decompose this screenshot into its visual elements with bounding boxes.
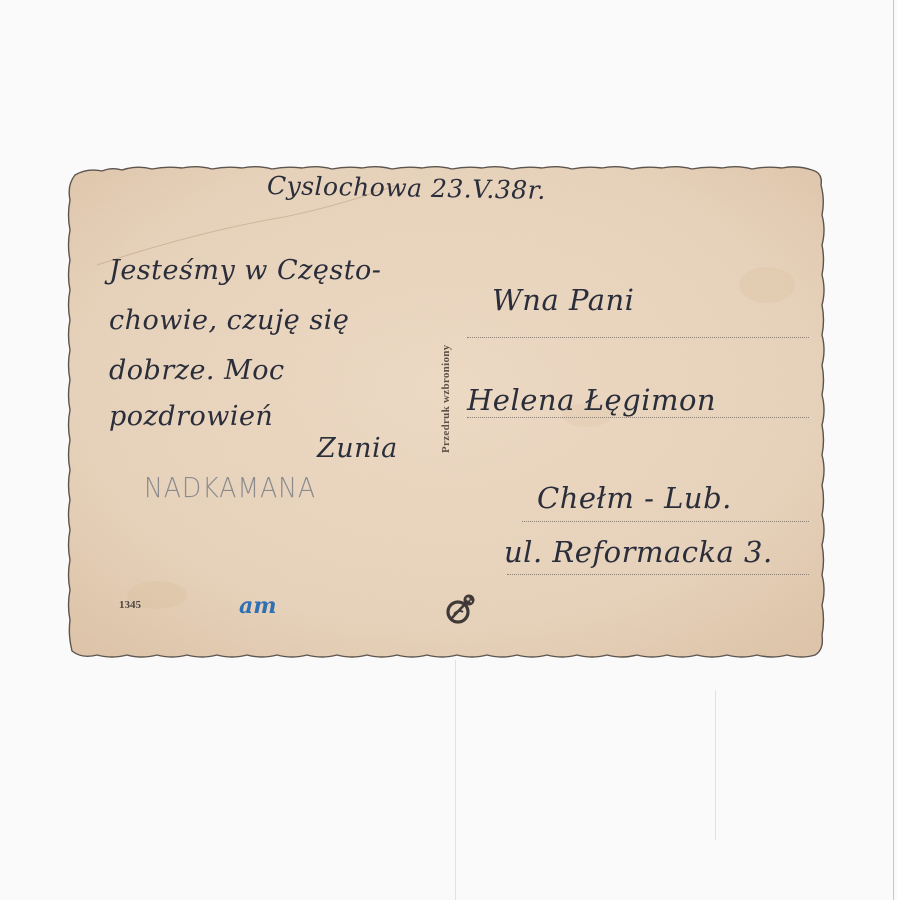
- scan-border-line: [893, 0, 894, 900]
- address-dotted-line: [467, 337, 809, 338]
- place-date-heading: Cyslochowa 23.V.38r.: [267, 171, 546, 205]
- address-line-name: Helena Łęgimon: [467, 383, 716, 417]
- catalog-number: 1345: [119, 599, 141, 611]
- blue-crayon-mark: am: [239, 593, 277, 619]
- address-line-street: ul. Reformacka 3.: [504, 535, 773, 569]
- postcard: Cyslochowa 23.V.38r. Jesteśmy w Często- …: [67, 165, 826, 658]
- signature: Zunia: [317, 433, 398, 464]
- scan-crease-mark: [455, 660, 456, 900]
- address-line-salutation: Wna Pani: [492, 283, 634, 317]
- address-dotted-line: [522, 521, 809, 522]
- address-line-city: Chełm - Lub.: [537, 481, 732, 515]
- address-dotted-line: [467, 417, 809, 418]
- pencil-annotation: NADKAMANA: [144, 471, 316, 504]
- message-line: dobrze. Moc: [109, 355, 285, 386]
- printed-notice: Przedruk wzbroniony: [440, 345, 452, 453]
- message-line: Jesteśmy w Często-: [109, 255, 381, 286]
- publisher-emblem-icon: [444, 590, 480, 626]
- message-line: chowie, czuję się: [109, 305, 349, 336]
- address-dotted-line: [507, 574, 809, 575]
- message-line: pozdrowień: [109, 401, 273, 432]
- scan-crease-mark: [715, 690, 716, 840]
